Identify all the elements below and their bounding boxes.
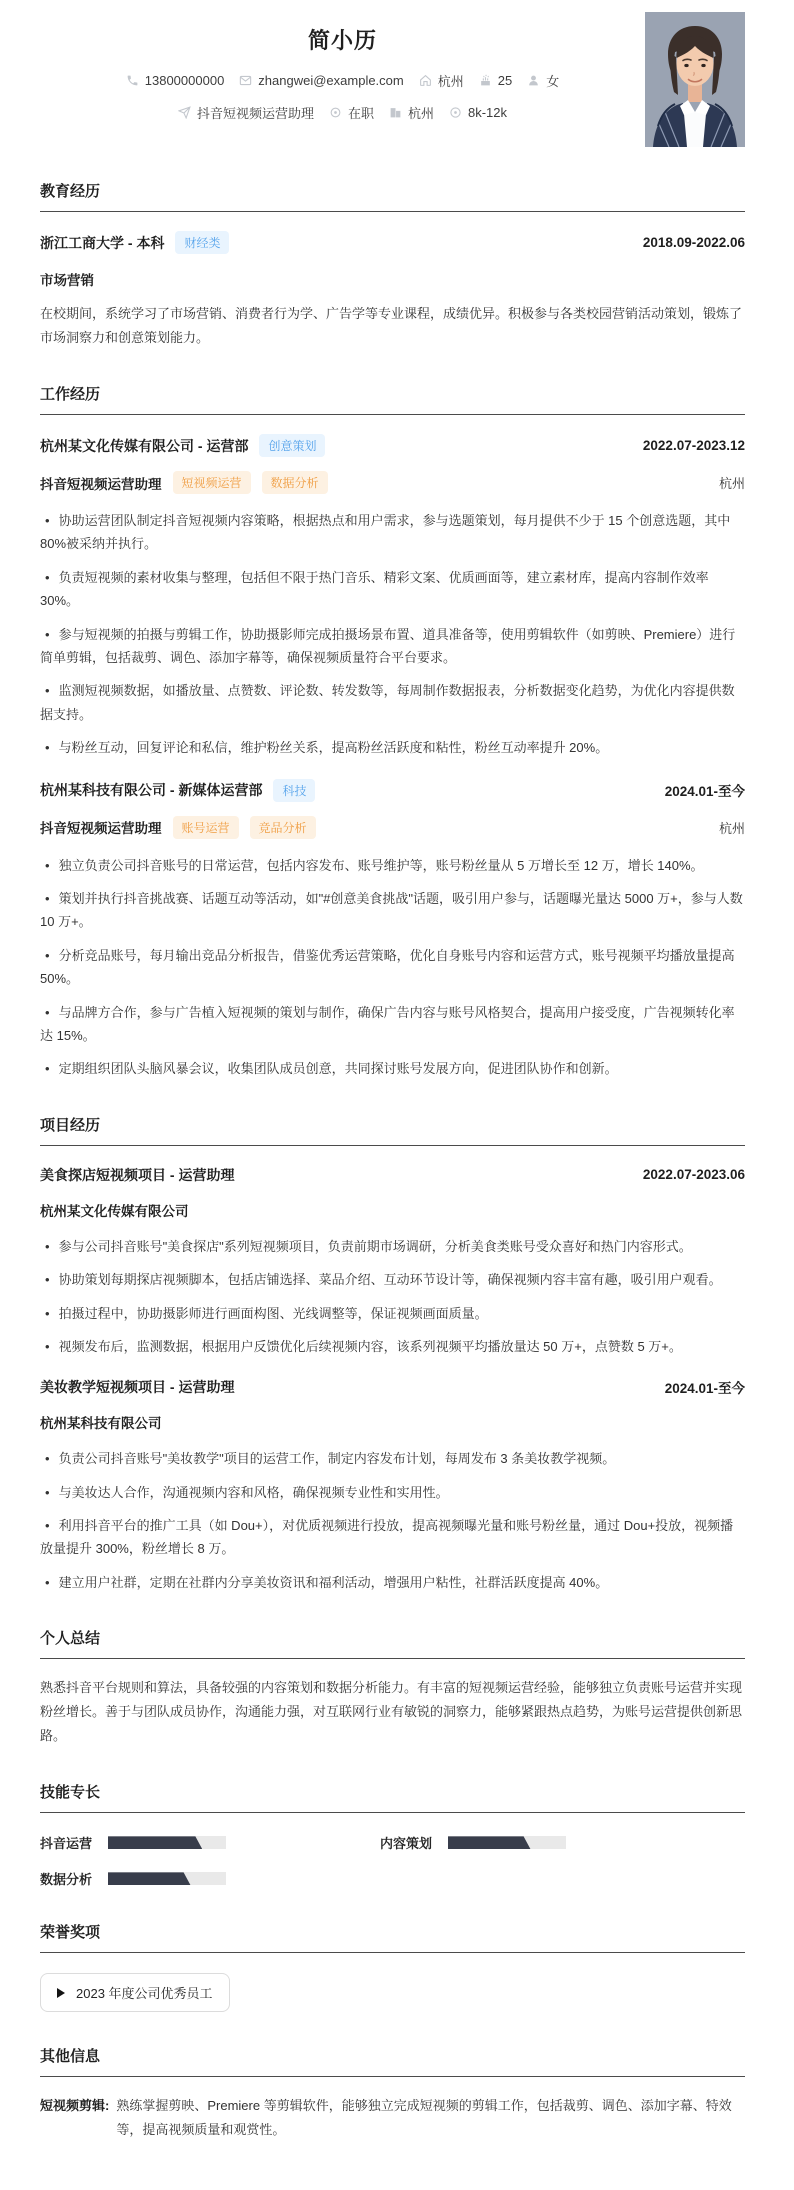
status-text: 在职 <box>348 103 374 122</box>
work-entry: 杭州某科技有限公司 - 新媒体运营部 科技 2024.01-至今 抖音短视频运营… <box>40 779 745 1081</box>
work-bullet: •参与短视频的拍摄与剪辑工作，协助摄影师完成拍摄场景布置、道具准备等，使用剪辑软… <box>40 623 745 670</box>
section-other: 其他信息 短视频剪辑: 熟练掌握剪映、Premiere 等剪辑软件，能够独立完成… <box>40 2045 745 2142</box>
education-date: 2018.09-2022.06 <box>643 235 745 250</box>
education-description: 在校期间，系统学习了市场营销、消费者行为学、广告学等专业课程，成绩优异。积极参与… <box>40 302 745 350</box>
salary-text: 8k-12k <box>468 105 507 120</box>
other-label: 短视频剪辑: <box>40 2094 109 2142</box>
education-major: 市场营销 <box>40 269 745 289</box>
section-title-summary: 个人总结 <box>40 1627 745 1659</box>
resume-page: 简小历 13800000000 zhangwei@example.com <box>0 0 794 2190</box>
bullet-dot: • <box>45 1485 50 1500</box>
project-date: 2024.01-至今 <box>665 1377 745 1397</box>
home-city-text: 杭州 <box>438 71 464 90</box>
project-bullet: •与美妆达人合作，沟通视频内容和风格，确保视频专业性和实用性。 <box>40 1481 745 1504</box>
skills-grid: 抖音运营 内容策划 数据分析 <box>40 1833 745 1888</box>
header-info: 简小历 13800000000 zhangwei@example.com <box>40 12 645 135</box>
position-icon <box>178 106 191 119</box>
contact-salary: 8k-12k <box>449 105 507 120</box>
contact-home: 杭州 <box>419 71 464 90</box>
work-date: 2024.01-至今 <box>665 780 745 800</box>
work-bullet: •协助运营团队制定抖音短视频内容策略，根据热点和用户需求，参与选题策划，每月提供… <box>40 509 745 556</box>
section-title-work: 工作经历 <box>40 383 745 415</box>
skill-name: 抖音运营 <box>40 1833 104 1852</box>
project-bullet: •视频发布后，监测数据，根据用户反馈优化后续视频内容，该系列视频平均播放量达 5… <box>40 1335 745 1358</box>
education-tag: 财经类 <box>175 231 229 254</box>
bullet-dot: • <box>45 627 50 642</box>
work-bullet: •分析竞品账号，每月输出竞品分析报告，借鉴优秀运营策略，优化自身账号内容和运营方… <box>40 944 745 991</box>
project-entry: 美食探店短视频项目 - 运营助理 2022.07-2023.06 杭州某文化传媒… <box>40 1165 745 1359</box>
project-org: 杭州某科技有限公司 <box>40 1412 745 1432</box>
bullet-dot: • <box>45 1272 50 1287</box>
contact-status: 在职 <box>329 103 374 122</box>
skill-name: 数据分析 <box>40 1869 104 1888</box>
honor-text: 2023 年度公司优秀员工 <box>76 1983 213 2002</box>
section-title-projects: 项目经历 <box>40 1114 745 1146</box>
city-text: 杭州 <box>408 103 434 122</box>
bullet-dot: • <box>45 683 50 698</box>
other-text: 熟练掌握剪映、Premiere 等剪辑软件，能够独立完成短视频的剪辑工作，包括裁… <box>116 2094 745 2142</box>
skill-bar-track <box>448 1836 566 1849</box>
project-bullet: •负责公司抖音账号"美妆教学"项目的运营工作，制定内容发布计划，每周发布 3 条… <box>40 1447 745 1470</box>
skill-item: 内容策划 <box>380 1833 680 1852</box>
project-name: 美妆教学短视频项目 - 运营助理 <box>40 1377 234 1397</box>
phone-icon <box>126 74 139 87</box>
summary-text: 熟悉抖音平台规则和算法，具备较强的内容策划和数据分析能力。有丰富的短视频运营经验… <box>40 1676 745 1748</box>
bullet-dot: • <box>45 891 50 906</box>
home-icon <box>419 74 432 87</box>
bullet-dot: • <box>45 1518 50 1533</box>
role-title: 抖音短视频运营助理 <box>40 817 162 837</box>
skill-bar-fill <box>108 1836 202 1849</box>
role-tag: 账号运营 <box>173 816 239 839</box>
bullet-dot: • <box>45 1451 50 1466</box>
contact-row-1: 13800000000 zhangwei@example.com 杭州 <box>40 71 645 90</box>
work-bullet: •定期组织团队头脑风暴会议，收集团队成员创意，共同探讨账号发展方向，促进团队协作… <box>40 1057 745 1080</box>
profile-photo <box>645 12 745 147</box>
contact-gender: 女 <box>527 71 559 90</box>
email-icon <box>239 74 252 87</box>
contact-age: 25 <box>479 73 512 88</box>
contact-email: zhangwei@example.com <box>239 73 403 88</box>
company-name: 杭州某科技有限公司 - 新媒体运营部 <box>40 780 262 800</box>
phone-text: 13800000000 <box>145 73 225 88</box>
company-tag: 科技 <box>273 779 315 802</box>
salary-icon <box>449 106 462 119</box>
age-text: 25 <box>498 73 512 88</box>
section-title-education: 教育经历 <box>40 180 745 212</box>
work-location: 杭州 <box>719 473 745 492</box>
bullet-dot: • <box>45 1575 50 1590</box>
role-title: 抖音短视频运营助理 <box>40 473 162 493</box>
section-skills: 技能专长 抖音运营 内容策划 数据分析 <box>40 1781 745 1888</box>
other-info-row: 短视频剪辑: 熟练掌握剪映、Premiere 等剪辑软件，能够独立完成短视频的剪… <box>40 2094 745 2142</box>
gender-text: 女 <box>546 71 559 90</box>
work-date: 2022.07-2023.12 <box>643 438 745 453</box>
play-icon <box>57 1988 65 1998</box>
section-title-other: 其他信息 <box>40 2045 745 2077</box>
contact-position: 抖音短视频运营助理 <box>178 103 314 122</box>
section-title-skills: 技能专长 <box>40 1781 745 1813</box>
bullet-dot: • <box>45 1005 50 1020</box>
bullet-dot: • <box>45 1239 50 1254</box>
work-bullet: •与粉丝互动，回复评论和私信，维护粉丝关系，提高粉丝活跃度和粘性，粉丝互动率提升… <box>40 736 745 759</box>
work-bullet: •独立负责公司抖音账号的日常运营，包括内容发布、账号维护等，账号粉丝量从 5 万… <box>40 854 745 877</box>
skill-bar-fill <box>108 1872 191 1885</box>
bullet-dot: • <box>45 858 50 873</box>
skill-item: 抖音运营 <box>40 1833 340 1852</box>
work-bullet: •策划并执行抖音挑战赛、话题互动等活动，如"#创意美食挑战"话题，吸引用户参与，… <box>40 887 745 934</box>
section-summary: 个人总结 熟悉抖音平台规则和算法，具备较强的内容策划和数据分析能力。有丰富的短视… <box>40 1627 745 1748</box>
bullet-dot: • <box>45 513 50 528</box>
candidate-name: 简小历 <box>40 24 645 55</box>
section-title-honors: 荣誉奖项 <box>40 1921 745 1953</box>
role-tag: 数据分析 <box>262 471 328 494</box>
project-name: 美食探店短视频项目 - 运营助理 <box>40 1165 234 1185</box>
contact-row-2: 抖音短视频运营助理 在职 杭州 <box>40 103 645 122</box>
project-bullet: •拍摄过程中，协助摄影师进行画面构图、光线调整等，保证视频画面质量。 <box>40 1302 745 1325</box>
skill-bar-track <box>108 1872 226 1885</box>
email-text: zhangwei@example.com <box>258 73 403 88</box>
section-projects: 项目经历 美食探店短视频项目 - 运营助理 2022.07-2023.06 杭州… <box>40 1114 745 1595</box>
contact-phone: 13800000000 <box>126 73 225 88</box>
section-education: 教育经历 浙江工商大学 - 本科 财经类 2018.09-2022.06 市场营… <box>40 180 745 350</box>
bullet-dot: • <box>45 1306 50 1321</box>
work-location: 杭州 <box>719 818 745 837</box>
age-icon <box>479 74 492 87</box>
bullet-dot: • <box>45 570 50 585</box>
work-bullet: •监测短视频数据，如播放量、点赞数、评论数、转发数等，每周制作数据报表，分析数据… <box>40 679 745 726</box>
city-icon <box>389 106 402 119</box>
project-entry: 美妆教学短视频项目 - 运营助理 2024.01-至今 杭州某科技有限公司 •负… <box>40 1377 745 1594</box>
project-bullet: •协助策划每期探店视频脚本，包括店铺选择、菜品介绍、互动环节设计等，确保视频内容… <box>40 1268 745 1291</box>
company-name: 杭州某文化传媒有限公司 - 运营部 <box>40 436 248 456</box>
skill-name: 内容策划 <box>380 1833 444 1852</box>
work-entry: 杭州某文化传媒有限公司 - 运营部 创意策划 2022.07-2023.12 抖… <box>40 434 745 760</box>
position-text: 抖音短视频运营助理 <box>197 103 314 122</box>
project-bullet: •参与公司抖音账号"美食探店"系列短视频项目，负责前期市场调研，分析美食类账号受… <box>40 1235 745 1258</box>
company-tag: 创意策划 <box>259 434 325 457</box>
project-bullet: •建立用户社群，定期在社群内分享美妆资讯和福利活动，增强用户粘性，社群活跃度提高… <box>40 1571 745 1594</box>
skill-item: 数据分析 <box>40 1869 340 1888</box>
bullet-dot: • <box>45 1339 50 1354</box>
project-org: 杭州某文化传媒有限公司 <box>40 1200 745 1220</box>
role-tag: 短视频运营 <box>173 471 251 494</box>
gender-icon <box>527 74 540 87</box>
bullet-dot: • <box>45 948 50 963</box>
skill-bar-fill <box>448 1836 531 1849</box>
role-tag: 竞品分析 <box>250 816 316 839</box>
project-bullet: •利用抖音平台的推广工具（如 Dou+），对优质视频进行投放，提高视频曝光量和账… <box>40 1514 745 1561</box>
contact-city: 杭州 <box>389 103 434 122</box>
skill-bar-track <box>108 1836 226 1849</box>
resume-header: 简小历 13800000000 zhangwei@example.com <box>40 12 745 147</box>
section-work: 工作经历 杭州某文化传媒有限公司 - 运营部 创意策划 2022.07-2023… <box>40 383 745 1081</box>
status-icon <box>329 106 342 119</box>
bullet-dot: • <box>45 740 50 755</box>
work-bullet: •负责短视频的素材收集与整理，包括但不限于热门音乐、精彩文案、优质画面等，建立素… <box>40 566 745 613</box>
honor-item[interactable]: 2023 年度公司优秀员工 <box>40 1973 230 2012</box>
project-date: 2022.07-2023.06 <box>643 1167 745 1182</box>
school-name: 浙江工商大学 - 本科 <box>40 233 164 253</box>
bullet-dot: • <box>45 1061 50 1076</box>
section-honors: 荣誉奖项 2023 年度公司优秀员工 <box>40 1921 745 2012</box>
work-bullet: •与品牌方合作，参与广告植入短视频的策划与制作，确保广告内容与账号风格契合，提高… <box>40 1001 745 1048</box>
